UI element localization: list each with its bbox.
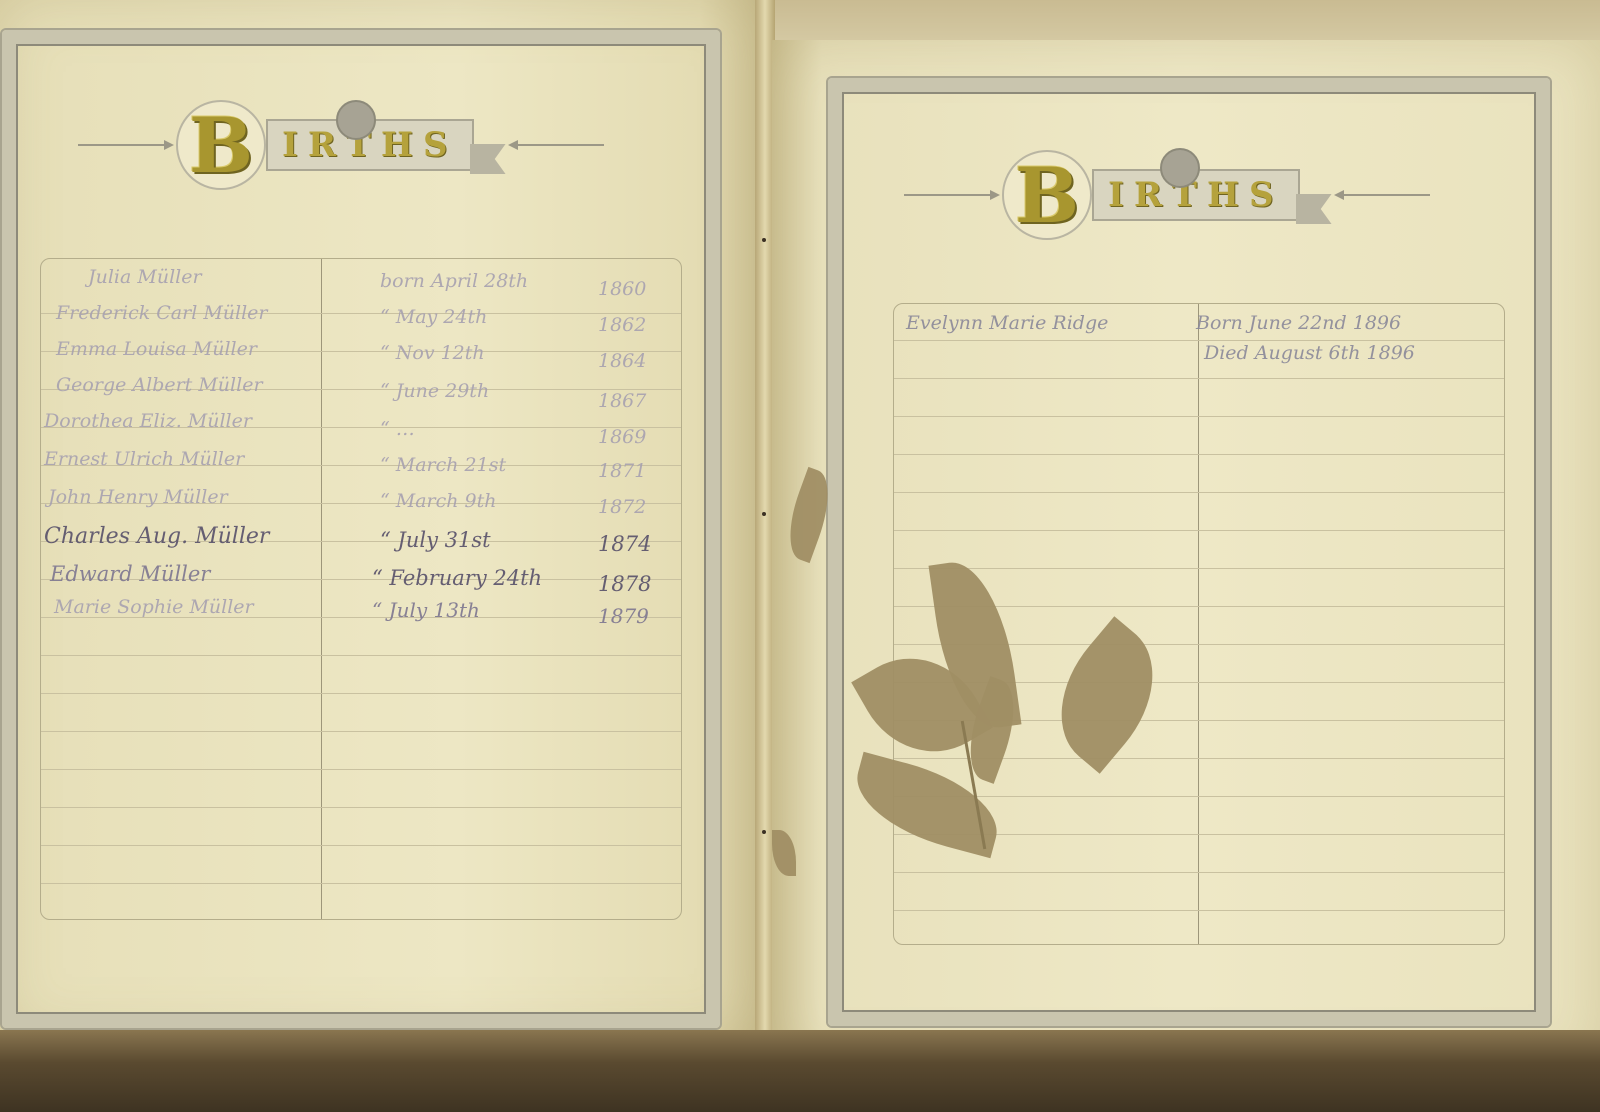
title-initial: B xyxy=(176,100,266,190)
entry-year: 1864 xyxy=(598,350,646,372)
entry-name: Edward Müller xyxy=(50,562,210,586)
entry-born: Born June 22nd 1896 xyxy=(1196,312,1401,334)
entry-name: John Henry Müller xyxy=(48,486,228,508)
entry-name: Julia Müller xyxy=(88,266,202,288)
entry-date: “ May 24th xyxy=(380,306,487,328)
entry-name: George Albert Müller xyxy=(56,374,263,396)
entry-year: 1872 xyxy=(598,496,646,518)
right-page: B IRTHS Evelynn Marie Ridge Born June 22… xyxy=(772,40,1600,1070)
entry-date: “ June 29th xyxy=(380,380,489,402)
entry-date: “ March 9th xyxy=(380,490,497,512)
arrow-ornament-icon xyxy=(514,144,604,146)
entry-date: born April 28th xyxy=(380,270,528,292)
title-initial: B xyxy=(1002,150,1092,240)
entry-name: Charles Aug. Müller xyxy=(44,524,269,549)
entry-year: 1878 xyxy=(598,572,651,596)
entry-date: “ February 24th xyxy=(372,566,542,590)
entry-name: Dorothea Eliz. Müller xyxy=(44,410,252,432)
entry-name: Evelynn Marie Ridge xyxy=(906,312,1108,334)
left-page: B IRTHS Julia Müller born April 28th 186… xyxy=(0,0,760,1040)
entry-year: 1874 xyxy=(598,532,651,556)
entry-name: Marie Sophie Müller xyxy=(54,596,254,618)
entry-year: 1860 xyxy=(598,278,646,300)
entry-date: “ Nov 12th xyxy=(380,342,485,364)
book-cover-edge xyxy=(0,1030,1600,1112)
entry-name: Emma Louisa Müller xyxy=(56,338,257,360)
entry-died: Died August 6th 1896 xyxy=(1204,342,1415,364)
entry-date: “ July 31st xyxy=(380,528,491,552)
arrow-ornament-icon xyxy=(1340,194,1430,196)
arrow-ornament-icon xyxy=(904,194,994,196)
ribbon-icon xyxy=(1296,194,1332,224)
entry-date: “ July 13th xyxy=(372,598,480,622)
entry-name: Ernest Ulrich Müller xyxy=(44,448,244,470)
arrow-ornament-icon xyxy=(78,144,168,146)
entry-name: Frederick Carl Müller xyxy=(56,302,268,324)
entry-year: 1879 xyxy=(598,604,649,628)
entry-date: “ March 21st xyxy=(380,454,506,476)
entry-year: 1869 xyxy=(598,426,646,448)
entry-year: 1867 xyxy=(598,390,646,412)
ribbon-icon xyxy=(470,144,506,174)
cherub-icon xyxy=(336,100,376,140)
entry-date: “ … xyxy=(380,418,415,440)
cherub-icon xyxy=(1160,148,1200,188)
entry-year: 1862 xyxy=(598,314,646,336)
entry-year: 1871 xyxy=(598,460,646,482)
column-divider xyxy=(321,259,322,919)
column-divider xyxy=(1198,304,1199,944)
